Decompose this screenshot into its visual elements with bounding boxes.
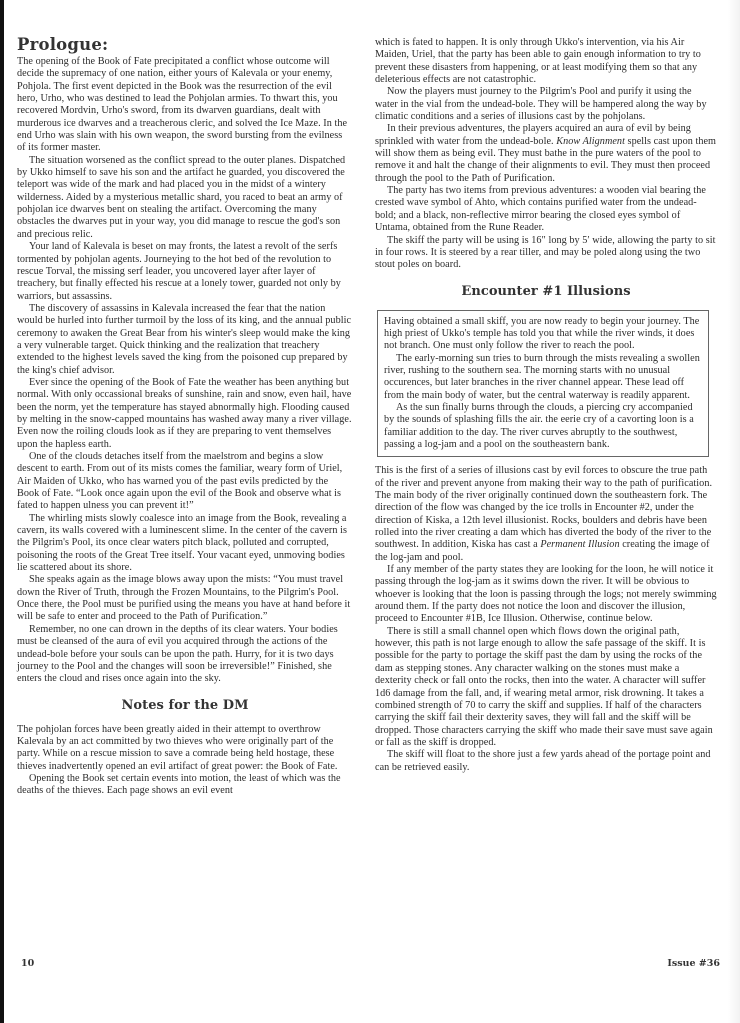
prologue-paragraph: The discovery of assassins in Kalevala i… — [17, 303, 353, 377]
encounter-paragraph: There is still a small channel open whic… — [375, 626, 717, 749]
spell-name: Permanent Illusion — [540, 539, 619, 550]
boxed-paragraph: The early-morning sun tries to burn thro… — [384, 353, 700, 402]
dm-notes-heading: Notes for the DM — [17, 698, 353, 714]
encounter-paragraph: The skiff will float to the shore just a… — [375, 749, 717, 774]
encounter-paragraph: If any member of the party states they a… — [375, 564, 717, 626]
prologue-paragraph: The whirling mists slowly coalesce into … — [17, 513, 353, 575]
alignment-paragraph: In their previous adventures, the player… — [375, 123, 717, 185]
dm-notes-paragraph: Opening the Book set certain events into… — [17, 773, 353, 798]
boxed-paragraph: Having obtained a small skiff, you are n… — [384, 316, 700, 353]
right-column: which is fated to happen. It is only thr… — [375, 37, 717, 774]
page-number: 10 — [21, 958, 34, 969]
prologue-paragraph: The opening of the Book of Fate precipit… — [17, 56, 353, 155]
prologue-paragraph: She speaks again as the image blows away… — [17, 574, 353, 623]
page-edge-shadow — [0, 0, 4, 1023]
illusion-paragraph: This is the first of a series of illusio… — [375, 465, 717, 564]
dm-notes-paragraph: The pohjolan forces have been greatly ai… — [17, 724, 353, 773]
prologue-paragraph: Remember, no one can drown in the depths… — [17, 624, 353, 686]
issue-number: Issue #36 — [667, 958, 720, 969]
prologue-paragraph: Ever since the opening of the Book of Fa… — [17, 377, 353, 451]
boxed-paragraph: As the sun finally burns through the clo… — [384, 402, 700, 451]
left-column: Prologue: The opening of the Book of Fat… — [17, 36, 353, 798]
prologue-paragraph: Your land of Kalevala is beset on may fr… — [17, 241, 353, 303]
dm-notes-paragraph: Now the players must journey to the Pilg… — [375, 86, 717, 123]
page-gutter-shadow — [728, 0, 740, 1023]
dm-notes-paragraph: The skiff the party will be using is 16″… — [375, 235, 717, 272]
text-run: This is the first of a series of illusio… — [375, 465, 712, 550]
prologue-heading: Prologue: — [17, 36, 353, 54]
magazine-page: Prologue: The opening of the Book of Fat… — [0, 0, 740, 1023]
prologue-paragraph: The situation worsened as the conflict s… — [17, 155, 353, 241]
dm-notes-paragraph-continued: which is fated to happen. It is only thr… — [375, 37, 717, 86]
prologue-paragraph: One of the clouds detaches itself from t… — [17, 451, 353, 513]
read-aloud-box: Having obtained a small skiff, you are n… — [377, 310, 709, 458]
encounter-heading: Encounter #1 Illusions — [375, 284, 717, 300]
spell-name: Know Alignment — [556, 136, 625, 147]
dm-notes-paragraph: The party has two items from previous ad… — [375, 185, 717, 234]
